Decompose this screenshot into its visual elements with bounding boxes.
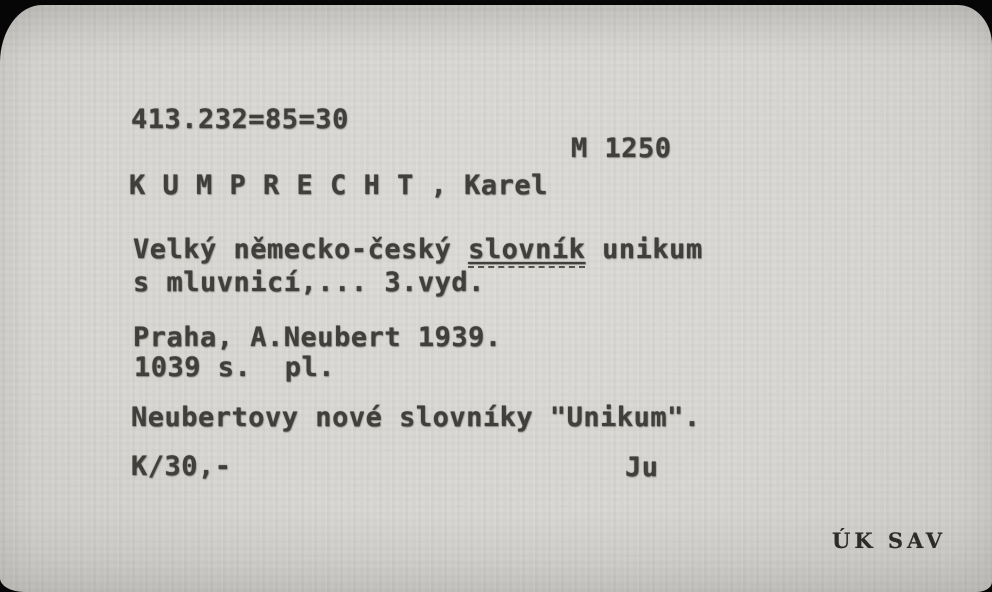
title-underlined-word: slovník: [468, 234, 585, 268]
price-note: K/30,-: [131, 453, 232, 480]
scan-background: 413.232=85=30 M 1250 K U M P R E C H T ,…: [0, 0, 992, 592]
author-heading: K U M P R E C H T , Karel: [129, 172, 548, 199]
library-stamp: ÚK SAV: [832, 530, 946, 551]
shelf-mark: M 1250: [571, 135, 672, 162]
catalog-card: 413.232=85=30 M 1250 K U M P R E C H T ,…: [0, 5, 992, 592]
title-pre: Velký německo-český: [133, 234, 468, 265]
series-note: Neubertovy nové slovníky "Unikum".: [131, 404, 701, 431]
title-post: unikum: [585, 234, 702, 265]
title-line-1: Velký německo-český slovník unikum: [133, 236, 703, 263]
collation-line: 1039 s. pl.: [134, 354, 335, 381]
title-line-2: s mluvnicí,... 3.vyd.: [133, 269, 485, 296]
imprint-line: Praha, A.Neubert 1939.: [133, 324, 502, 351]
cataloguer-initials: Ju: [625, 454, 659, 481]
classification-number: 413.232=85=30: [131, 106, 349, 133]
